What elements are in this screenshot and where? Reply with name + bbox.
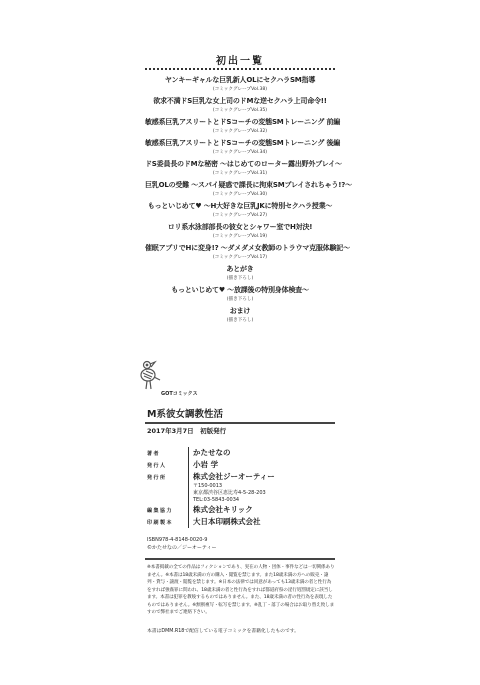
toc-item: 敏感系巨乳アスリートとドSコーチの変態SMトレーニング 後編(コミックグレープV…	[145, 138, 335, 157]
toc-item: ロリ系水泳部部長の彼女とシャワー室でH対決!(コミックグレープVol.19)	[145, 222, 335, 241]
toc-item: 催眠アプリでHに変身!? ～ダメダメ女教師のトラウマ克服体験記～(コミックグレー…	[145, 243, 335, 262]
toc-title: 初出一覧	[145, 52, 335, 66]
staff-value: 株式会社キリック	[188, 504, 253, 516]
staff-label: 発行人	[145, 459, 188, 469]
imprint-label: GOTコミックス	[161, 390, 198, 397]
toc-item-source: (描き下ろし)	[145, 275, 335, 283]
publication-date: 2017年3月7日 初版発行	[145, 426, 335, 435]
toc-item-source: (描き下ろし)	[145, 317, 335, 325]
staff-label: 編集協力	[145, 504, 188, 514]
staff-value-block: 株式会社ジーオーティー 〒150-0013 東京都渋谷区恵比寿4-5-28-20…	[188, 471, 275, 504]
toc-item-title: 敏感系巨乳アスリートとドSコーチの変態SMトレーニング 後編	[145, 138, 335, 149]
toc-item-title: 巨乳OLの受難 ～スパイ疑惑で課長に拘束SMプレイされちゃう!?～	[145, 180, 335, 191]
toc-list: ヤンキーギャルな巨乳新人OLにセクハラSM指導(コミックグレープVol.38) …	[145, 75, 335, 325]
footnote: 本書はDMM.R18で配信している電子コミックを書籍化したものです。	[145, 627, 335, 634]
staff-row-author: 著者 かたせなの	[145, 447, 335, 459]
toc-item-source: (コミックグレープVol.32)	[145, 128, 335, 136]
staff-row-editorial: 編集協力 株式会社キリック	[145, 504, 335, 516]
colophon: GOTコミックス M系彼女調教性活 2017年3月7日 初版発行 著者 かたせな…	[145, 380, 335, 634]
toc-item: ヤンキーギャルな巨乳新人OLにセクハラSM指導(コミックグレープVol.38)	[145, 75, 335, 94]
toc-item: 巨乳OLの受難 ～スパイ疑惑で課長に拘束SMプレイされちゃう!?～(コミックグレ…	[145, 180, 335, 199]
legal-notice: ※本書掲載の全ての作品はフィクションであり、実在の人物・団体・事件などは一切関係…	[145, 564, 335, 617]
toc-item-title: もっといじめて♥ ～放課後の特別身体検査～	[145, 285, 335, 296]
dotted-divider	[145, 68, 335, 70]
bird-logo-icon	[138, 358, 168, 392]
toc-item-source: (描き下ろし)	[145, 296, 335, 304]
copyright: ©かたせなの／ジーオーティー	[147, 544, 335, 552]
phone: TEL:03-5843-0034	[193, 497, 275, 504]
toc-item-title: あとがき	[145, 264, 335, 275]
toc-item: ドS委員長のドMな秘密 ～はじめてのローター露出野外プレイ～(コミックグレープV…	[145, 159, 335, 178]
toc-item-title: 敏感系巨乳アスリートとドSコーチの変態SMトレーニング 前編	[145, 117, 335, 128]
address: 東京都渋谷区恵比寿4-5-28-203	[193, 490, 275, 497]
toc-item: もっといじめて♥ ～H大好きな巨乳JKに特別セクハラ授業～(コミックグレープVo…	[145, 201, 335, 220]
toc-item-source: (コミックグレープVol.35)	[145, 107, 335, 115]
toc-item-title: ドS委員長のドMな秘密 ～はじめてのローター露出野外プレイ～	[145, 159, 335, 170]
toc-item-title: 欲求不満ドS巨乳な女上司のドMな逆セクハラ上司命令!!	[145, 96, 335, 107]
staff-value: 大日本印刷株式会社	[188, 516, 261, 528]
staff-label: 発行所	[145, 471, 188, 481]
staff-value: 株式会社ジーオーティー	[193, 471, 275, 483]
staff-label: 著者	[145, 447, 188, 457]
publisher-logo-row: GOTコミックス	[145, 380, 335, 408]
toc-item-source: (コミックグレープVol.27)	[145, 212, 335, 220]
first-appearance-list: 初出一覧 ヤンキーギャルな巨乳新人OLにセクハラSM指導(コミックグレープVol…	[145, 52, 335, 327]
toc-item: おまけ(描き下ろし)	[145, 306, 335, 325]
toc-item-title: もっといじめて♥ ～H大好きな巨乳JKに特別セクハラ授業～	[145, 201, 335, 212]
toc-item-source: (コミックグレープVol.30)	[145, 191, 335, 199]
staff-value: 小岩 学	[188, 459, 218, 471]
postal-code: 〒150-0013	[193, 483, 275, 490]
staff-credits: 著者 かたせなの 発行人 小岩 学 発行所 株式会社ジーオーティー 〒150-0…	[145, 447, 335, 528]
toc-item-source: (コミックグレープVol.34)	[145, 149, 335, 157]
staff-row-printer: 印刷製本 大日本印刷株式会社	[145, 516, 335, 528]
toc-item-title: ロリ系水泳部部長の彼女とシャワー室でH対決!	[145, 222, 335, 233]
toc-item-source: (コミックグレープVol.19)	[145, 233, 335, 241]
book-title: M系彼女調教性活	[145, 406, 335, 420]
staff-row-publisher: 発行所 株式会社ジーオーティー 〒150-0013 東京都渋谷区恵比寿4-5-2…	[145, 471, 335, 504]
toc-item-title: おまけ	[145, 306, 335, 317]
toc-item-source: (コミックグレープVol.38)	[145, 86, 335, 94]
toc-item: 欲求不満ドS巨乳な女上司のドMな逆セクハラ上司命令!!(コミックグレープVol.…	[145, 96, 335, 115]
isbn: ISBN978-4-8148-0020-9	[147, 536, 335, 544]
staff-label: 印刷製本	[145, 516, 188, 526]
staff-value: かたせなの	[188, 447, 231, 459]
toc-item: もっといじめて♥ ～放課後の特別身体検査～(描き下ろし)	[145, 285, 335, 304]
staff-row-publisher-person: 発行人 小岩 学	[145, 459, 335, 471]
title-rule	[145, 422, 335, 424]
toc-item: 敏感系巨乳アスリートとドSコーチの変態SMトレーニング 前編(コミックグレープV…	[145, 117, 335, 136]
notice-rule	[145, 558, 335, 560]
toc-item-source: (コミックグレープVol.17)	[145, 254, 335, 262]
toc-item: あとがき(描き下ろし)	[145, 264, 335, 283]
toc-item-source: (コミックグレープVol.31)	[145, 170, 335, 178]
isbn-block: ISBN978-4-8148-0020-9 ©かたせなの／ジーオーティー	[145, 536, 335, 552]
toc-item-title: ヤンキーギャルな巨乳新人OLにセクハラSM指導	[145, 75, 335, 86]
toc-item-title: 催眠アプリでHに変身!? ～ダメダメ女教師のトラウマ克服体験記～	[145, 243, 335, 254]
